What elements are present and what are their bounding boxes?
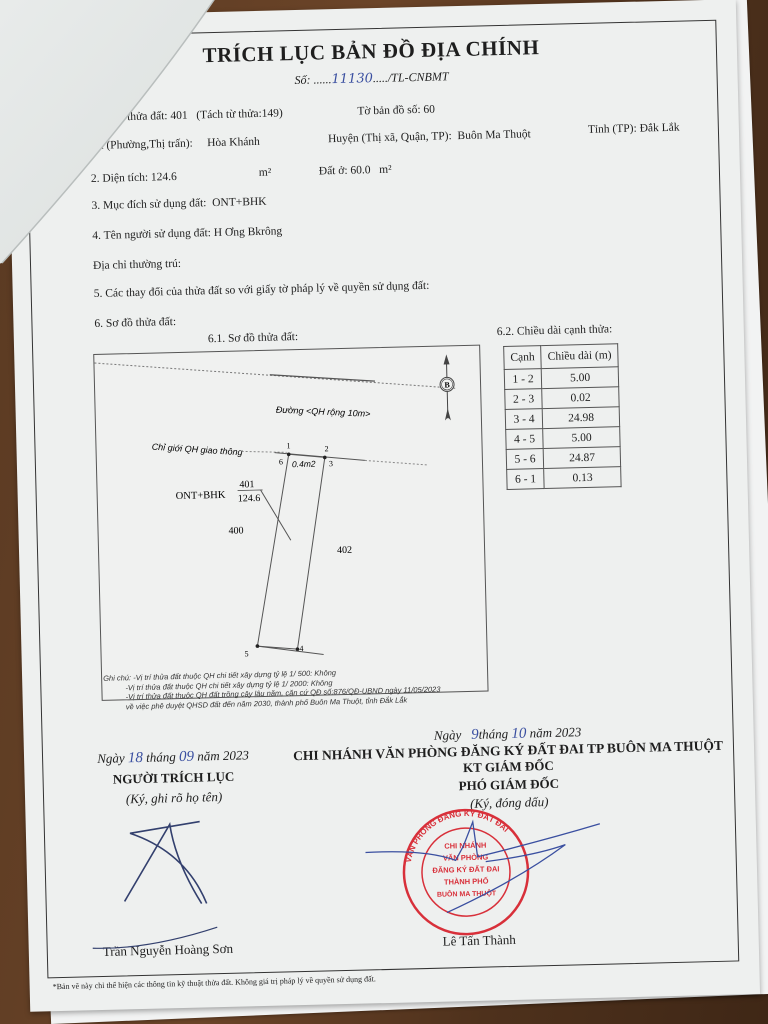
- svg-text:VĂN PHÒNG: VĂN PHÒNG: [443, 853, 489, 863]
- svg-text:402: 402: [337, 545, 352, 556]
- svg-text:BUÔN MA THUỘT: BUÔN MA THUỘT: [437, 888, 497, 898]
- sketch-heading: 6. Sơ đồ thửa đất:: [94, 316, 176, 330]
- edges-table: Cạnh Chiều dài (m) 1 - 25.00 2 - 30.02 3…: [503, 343, 622, 490]
- table-row: 4 - 55.00: [506, 427, 621, 450]
- area-unit: m²: [259, 167, 272, 179]
- svg-text:400: 400: [228, 525, 243, 536]
- table-row: 2 - 30.02: [505, 387, 620, 410]
- svg-text:ĐĂNG KÝ ĐẤT ĐAI: ĐĂNG KÝ ĐẤT ĐAI: [432, 863, 499, 875]
- svg-text:2: 2: [324, 444, 328, 453]
- extractor-hint: (Ký, ghi rõ họ tên): [64, 788, 284, 809]
- col-header-length: Chiều dài (m): [541, 344, 618, 369]
- svg-text:124.6: 124.6: [238, 493, 261, 505]
- svg-text:Chỉ giới QH giao thông: Chỉ giới QH giao thông: [151, 442, 242, 458]
- edges-table-title: 6.2. Chiều dài cạnh thửa:: [497, 323, 613, 338]
- north-arrow-icon: B: [439, 354, 455, 420]
- diagram-title: 6.1. Sơ đồ thửa đất:: [208, 331, 299, 345]
- table-row: 6 - 10.13: [507, 467, 622, 490]
- svg-text:THÀNH PHỐ: THÀNH PHỐ: [444, 876, 489, 887]
- parcel-diagram: B Đường <QH rộng 10m> Chỉ giới QH giao t…: [93, 345, 488, 701]
- svg-text:6: 6: [279, 457, 283, 466]
- official-stamp: VĂN PHÒNG ĐĂNG KÝ ĐẤT ĐAI CHI NHÁNH VĂN …: [364, 798, 628, 954]
- director-name: Lê Tấn Thành: [442, 932, 516, 950]
- handwritten-number: 11130: [331, 71, 373, 87]
- svg-text:Đường <QH rộng 10m>: Đường <QH rộng 10m>: [276, 405, 371, 419]
- signature-left: [74, 810, 277, 935]
- svg-text:1: 1: [286, 441, 290, 450]
- col-header-edge: Cạnh: [504, 346, 542, 370]
- table-row: 5 - 624.87: [506, 447, 621, 470]
- footnote: *Bản vẽ này chỉ thể hiện các thông tin k…: [53, 974, 376, 991]
- svg-text:0.4m2: 0.4m2: [292, 459, 316, 470]
- svg-text:4: 4: [299, 644, 303, 653]
- name-strike: [87, 923, 228, 956]
- notes: Ghi chú: -Vị trí thửa đất thuộc QH chi t…: [103, 666, 441, 712]
- parcel-sketch: B Đường <QH rộng 10m> Chỉ giới QH giao t…: [94, 346, 487, 700]
- curled-page-corner: [0, 0, 242, 268]
- extractor-role: NGƯỜI TRÍCH LỤC: [63, 768, 283, 789]
- svg-text:ONT+BHK: ONT+BHK: [176, 490, 226, 502]
- svg-text:5: 5: [244, 649, 248, 658]
- svg-text:B: B: [444, 380, 450, 389]
- province-row: Tỉnh (TP): Đắk Lắk: [588, 122, 680, 136]
- svg-text:3: 3: [329, 459, 333, 468]
- extractor-signature-block: Ngày 18 tháng 09 năm 2023 NGƯỜI TRÍCH LỤ…: [63, 747, 288, 940]
- changes: 5. Các thay đổi của thửa đất so với giấy…: [94, 280, 430, 300]
- district-row: Huyện (Thị xã, Quận, TP): Buôn Ma Thuột: [328, 128, 531, 145]
- table-row: 3 - 424.98: [505, 407, 620, 430]
- residential-area: Đất ở: 60.0 m²: [319, 164, 392, 178]
- svg-text:401: 401: [239, 479, 254, 490]
- table-row: 1 - 25.00: [504, 367, 619, 390]
- map-sheet: Tờ bản đồ số: 60: [357, 104, 435, 118]
- extract-date: Ngày 18 tháng 09 năm 2023: [63, 747, 283, 769]
